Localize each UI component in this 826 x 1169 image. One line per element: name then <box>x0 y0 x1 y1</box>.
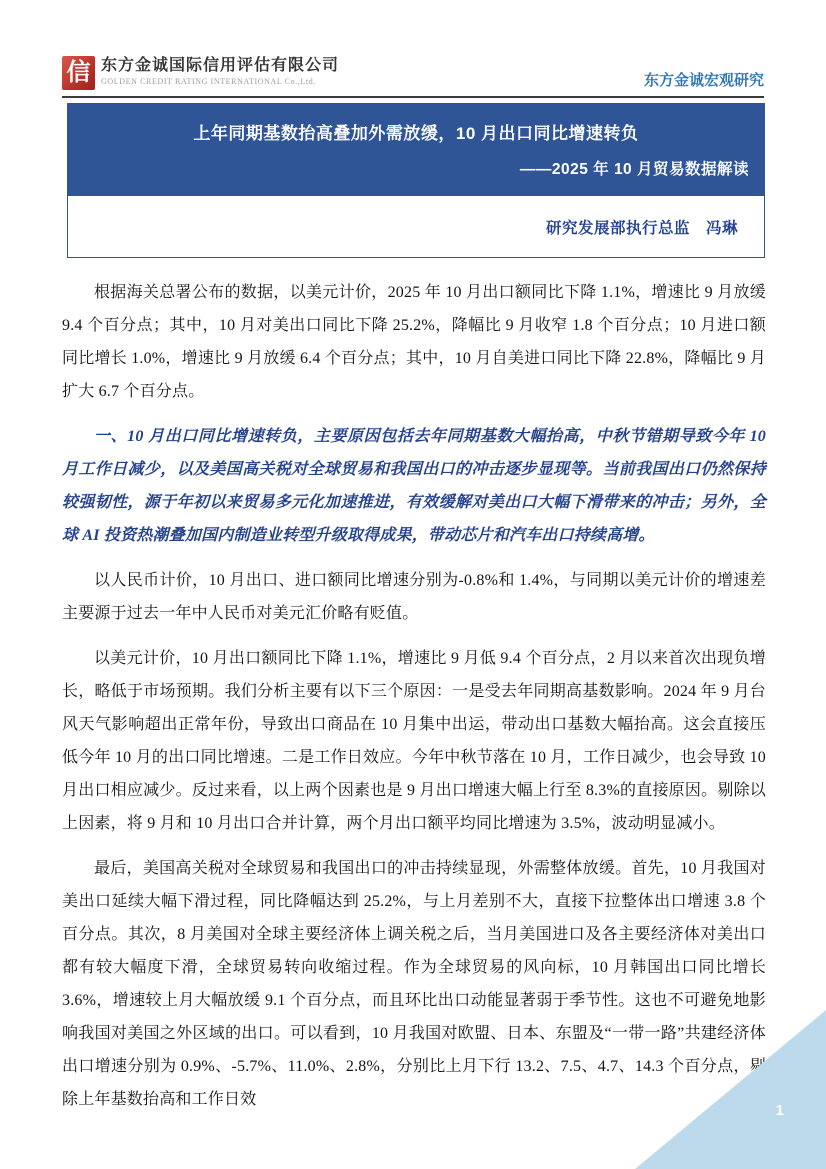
paragraph-rmb-terms: 以人民币计价，10 月出口、进口额同比增速分别为-0.8%和 1.4%，与同期以… <box>62 564 766 630</box>
title-banner: 上年同期基数抬高叠加外需放缓，10 月出口同比增速转负 ——2025 年 10 … <box>67 103 765 196</box>
author-box: 研究发展部执行总监 冯琳 <box>67 196 765 258</box>
company-name-en: GOLDEN CREDIT RATING INTERNATIONAL Co.,L… <box>101 77 339 87</box>
report-title: 上年同期基数抬高叠加外需放缓，10 月出口同比增速转负 <box>67 123 765 145</box>
paragraph-usd-analysis: 以美元计价，10 月出口额同比下降 1.1%，增速比 9 月低 9.4 个百分点… <box>62 642 766 840</box>
document-body: 根据海关总署公布的数据，以美元计价，2025 年 10 月出口额同比下降 1.1… <box>62 276 766 1128</box>
author-line: 研究发展部执行总监 冯琳 <box>546 216 738 238</box>
paragraph-key-point: 一、10 月出口同比增速转负，主要原因包括去年同期基数大幅抬高，中秋节错期导致今… <box>62 420 766 552</box>
company-name-block: 东方金诚国际信用评估有限公司 GOLDEN CREDIT RATING INTE… <box>101 56 339 87</box>
paragraph-summary: 根据海关总署公布的数据，以美元计价，2025 年 10 月出口额同比下降 1.1… <box>62 276 766 408</box>
document-page: 信 东方金诚国际信用评估有限公司 GOLDEN CREDIT RATING IN… <box>0 0 826 1169</box>
company-name-cn: 东方金诚国际信用评估有限公司 <box>101 56 339 76</box>
report-series-label: 东方金诚宏观研究 <box>644 72 764 90</box>
page-number: 1 <box>776 1102 784 1119</box>
report-subtitle: ——2025 年 10 月贸易数据解读 <box>67 160 765 180</box>
paragraph-tariff-impact: 最后，美国高关税对全球贸易和我国出口的冲击持续显现，外需整体放缓。首先，10 月… <box>62 852 766 1116</box>
company-logo: 信 东方金诚国际信用评估有限公司 GOLDEN CREDIT RATING IN… <box>62 56 339 90</box>
logo-icon: 信 <box>62 56 95 90</box>
page-header: 信 东方金诚国际信用评估有限公司 GOLDEN CREDIT RATING IN… <box>62 48 764 98</box>
